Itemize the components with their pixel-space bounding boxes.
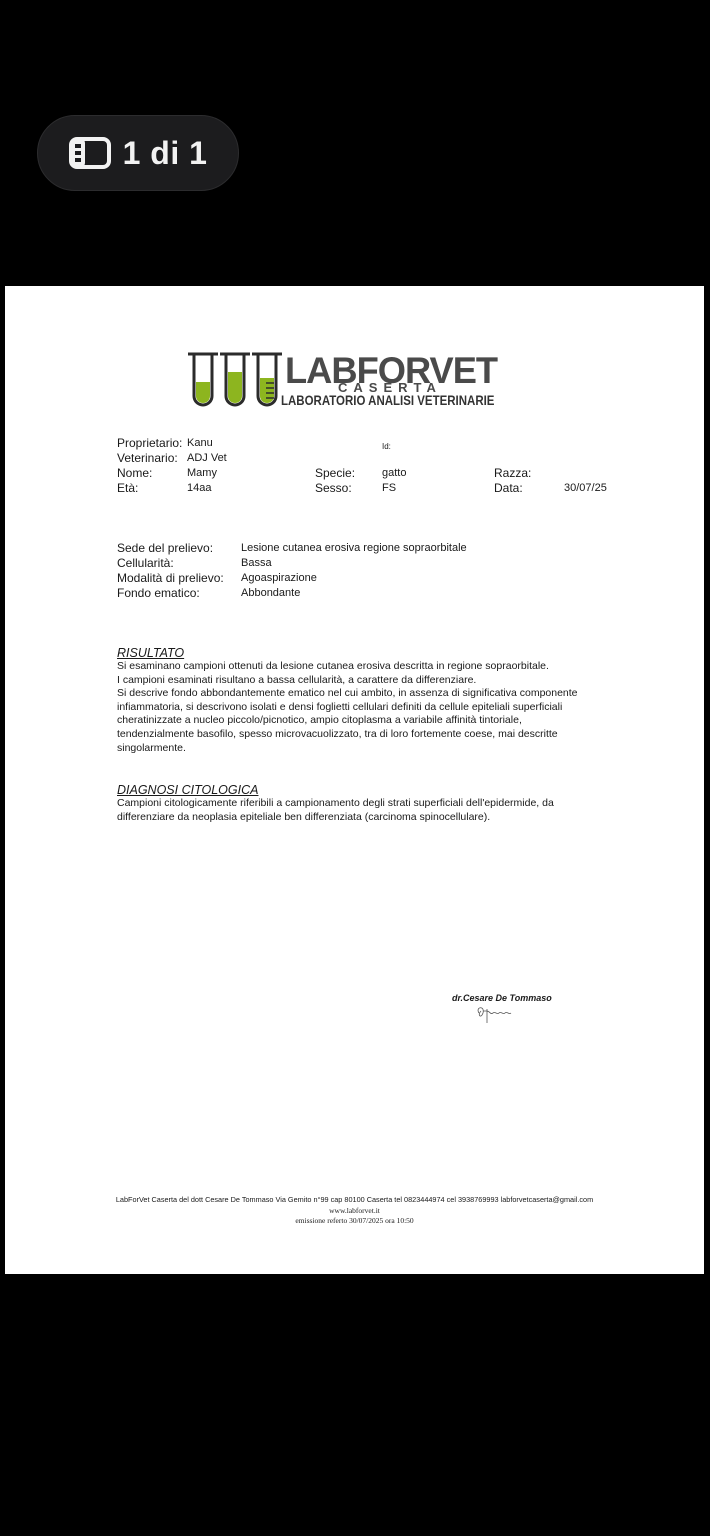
risultato-line: Si descrive fondo abbondantemente ematic… <box>117 687 597 701</box>
sesso-label: Sesso: <box>315 481 352 495</box>
page-indicator[interactable]: 1 di 1 <box>37 115 239 191</box>
risultato-text: Si esaminano campioni ottenuti da lesion… <box>117 660 597 755</box>
specie-value: gatto <box>382 466 406 480</box>
nome-label: Nome: <box>117 466 152 480</box>
risultato-line: tendenzialmente basofilo, spesso microva… <box>117 728 597 742</box>
eta-label: Età: <box>117 481 138 495</box>
page-thumbnails-icon <box>69 137 111 169</box>
test-tubes-icon <box>188 352 284 412</box>
labforvet-logo: LABFORVET CASERTA LABORATORIO ANALISI VE… <box>188 352 488 414</box>
risultato-line: singolarmente. <box>117 742 597 756</box>
risultato-heading: RISULTATO <box>117 646 184 660</box>
sede-label: Sede del prelievo: <box>117 541 213 555</box>
risultato-line: Si esaminano campioni ottenuti da lesion… <box>117 660 597 674</box>
diagnosi-line: differenziare da neoplasia epiteliale be… <box>117 811 597 825</box>
data-label: Data: <box>494 481 523 495</box>
proprietario-value: Kanu <box>187 436 213 450</box>
specie-label: Specie: <box>315 466 355 480</box>
razza-label: Razza: <box>494 466 531 480</box>
risultato-line: I campioni esaminati risultano a bassa c… <box>117 674 597 688</box>
eta-value: 14aa <box>187 481 211 495</box>
footer-website[interactable]: www.labforvet.it <box>5 1206 704 1215</box>
diagnosi-heading: DIAGNOSI CITOLOGICA <box>117 783 258 797</box>
fondo-value: Abbondante <box>241 586 300 600</box>
diagnosi-line: Campioni citologicamente riferibili a ca… <box>117 797 597 811</box>
logo-subtitle: LABORATORIO ANALISI VETERINARIE <box>281 392 494 408</box>
veterinario-value: ADJ Vet <box>187 451 227 465</box>
footer-emission: emissione referto 30/07/2025 ora 10:50 <box>5 1216 704 1225</box>
footer-address: LabForVet Caserta del dott Cesare De Tom… <box>5 1195 704 1204</box>
modalita-value: Agoaspirazione <box>241 571 317 585</box>
sesso-value: FS <box>382 481 396 495</box>
data-value: 30/07/25 <box>564 481 607 495</box>
diagnosi-text: Campioni citologicamente riferibili a ca… <box>117 797 597 824</box>
veterinario-label: Veterinario: <box>117 451 178 465</box>
risultato-line: infiammatoria, si descrivono isolati e d… <box>117 701 597 715</box>
page-indicator-text: 1 di 1 <box>123 135 208 172</box>
proprietario-label: Proprietario: <box>117 436 182 450</box>
document-page: LABFORVET CASERTA LABORATORIO ANALISI VE… <box>5 286 704 1274</box>
sede-value: Lesione cutanea erosiva regione sopraorb… <box>241 541 467 555</box>
id-label: Id: <box>382 440 391 454</box>
cellularita-label: Cellularità: <box>117 556 174 570</box>
cellularita-value: Bassa <box>241 556 272 570</box>
nome-value: Mamy <box>187 466 217 480</box>
modalita-label: Modalità di prelievo: <box>117 571 224 585</box>
risultato-line: cheratinizzate a nucleo piccolo/picnotic… <box>117 714 597 728</box>
handwritten-signature <box>471 1003 531 1025</box>
signature-name: dr.Cesare De Tommaso <box>452 993 552 1003</box>
fondo-label: Fondo ematico: <box>117 586 200 600</box>
